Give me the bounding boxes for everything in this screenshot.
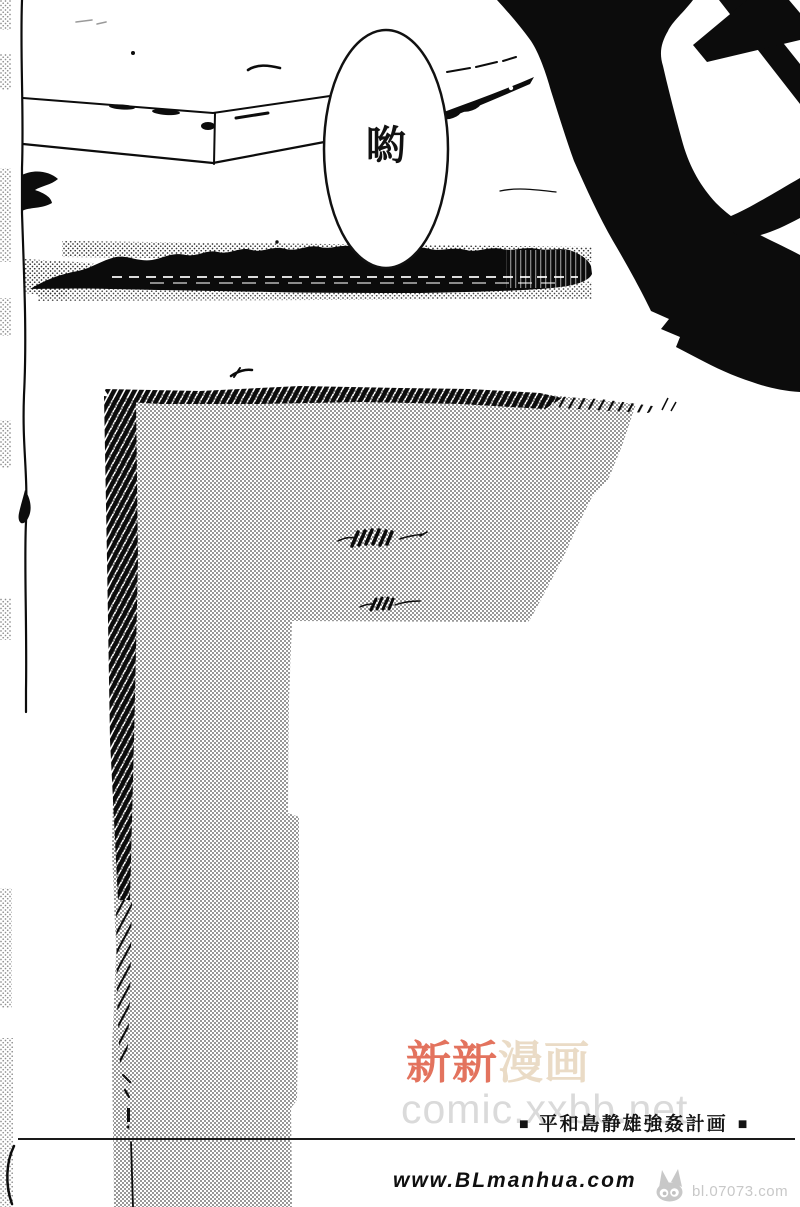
- screentone-l-region: [104, 368, 676, 1207]
- small-debris-marks: [76, 20, 556, 244]
- manga-page: 喲 新新 漫画 comic.xxbb.net ■ 平和島静雄強姦計画 ■ www…: [0, 0, 800, 1207]
- cat-face-icon: [654, 1168, 686, 1202]
- ground-scribble-band: [24, 241, 592, 301]
- chapter-title: ■ 平和島静雄強姦計画 ■: [519, 1115, 747, 1134]
- left-panel-border-line: [19, 0, 58, 712]
- partner-logo-text: bl.07073.com: [692, 1184, 788, 1199]
- tree-trunk-silhouette: [497, 0, 800, 392]
- watermark-brand-cn: 新新 漫画: [406, 1040, 590, 1088]
- speech-bubble-text: 喲: [336, 114, 436, 178]
- bench-lines: [23, 57, 534, 164]
- left-edge-tone-patches: [0, 0, 13, 1207]
- title-marker-left: ■: [519, 1117, 529, 1133]
- watermark-brand-cn-part1: 新新: [406, 1040, 498, 1088]
- title-marker-right: ■: [738, 1117, 748, 1133]
- watermark-brand-cn-part2: 漫画: [498, 1040, 590, 1088]
- chapter-title-text: 平和島静雄強姦計画: [539, 1115, 728, 1134]
- partner-badge: bl.07073.com: [654, 1168, 788, 1202]
- artwork-canvas: [0, 0, 800, 1207]
- site-url: www.BLmanhua.com: [393, 1168, 637, 1193]
